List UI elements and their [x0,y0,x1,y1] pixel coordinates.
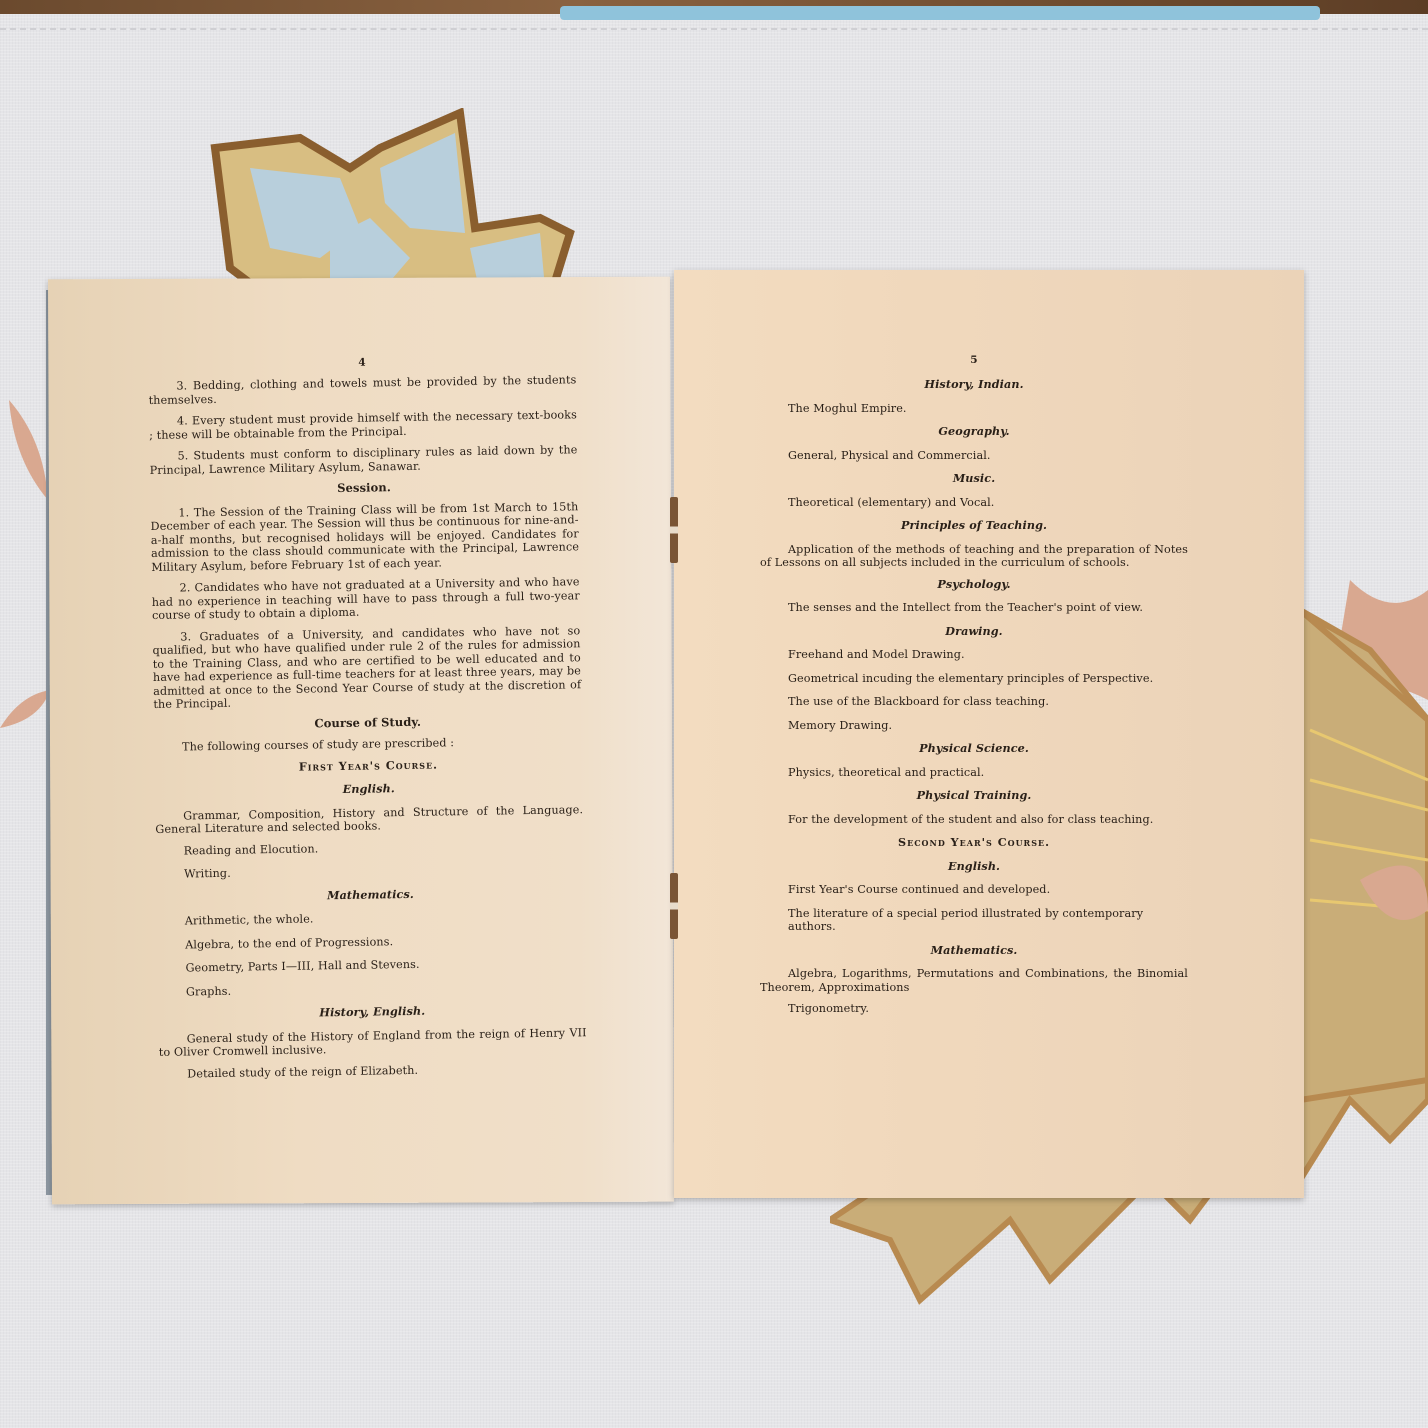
blue-cloth-trim [560,6,1320,20]
subject-item: The Moghul Empire. [760,402,1188,416]
subject-item: Writing. [156,861,584,881]
subject-item: Application of the methods of teaching a… [760,543,1188,570]
subject-heading: Mathematics. [156,885,584,905]
second-year-heading: Second Year's Course. [760,836,1188,850]
subject-item: Algebra, Logarithms, Permutations and Co… [760,967,1188,994]
rule-paragraph: 4. Every student must provide himself wi… [149,408,577,442]
subject-heading: Psychology. [760,578,1188,592]
subject-item: Reading and Elocution. [156,838,584,858]
right-page-text: 5 History, Indian. The Moghul Empire. Ge… [760,354,1188,1026]
subject-item: Arithmetic, the whole. [157,908,585,928]
page-number: 5 [760,354,1188,374]
staple-bottom [670,873,678,939]
embroidered-leaf-icon [0,690,50,730]
subject-heading: Physical Training. [760,789,1188,803]
subject-item: Detailed study of the reign of Elizabeth… [159,1061,587,1081]
cloth-hem-stitching [0,28,1428,30]
subject-item: For the development of the student and a… [760,813,1188,827]
subject-heading: Physical Science. [760,742,1188,756]
subject-item: General, Physical and Commercial. [760,449,1188,463]
subject-heading: Principles of Teaching. [760,519,1188,533]
subject-item: Physics, theoretical and practical. [760,766,1188,780]
subject-item: The literature of a special period illus… [760,907,1188,934]
subject-item: Freehand and Model Drawing. [760,648,1188,662]
subject-item: General study of the History of England … [159,1026,587,1060]
staple-top [670,497,678,563]
first-year-heading: First Year's Course. [154,756,582,776]
course-intro: The following courses of study are presc… [154,734,582,754]
embroidered-flower-top-icon [210,108,580,298]
rule-paragraph: 5. Students must conform to disciplinary… [149,443,577,477]
subject-item: Memory Drawing. [760,719,1188,733]
subject-item: Theoretical (elementary) and Vocal. [760,496,1188,510]
subject-item: Graphs. [158,979,586,999]
subject-item: Trigonometry. [760,1002,1188,1016]
rule-paragraph: 3. Bedding, clothing and towels must be … [148,373,576,407]
embroidered-leaf-icon [4,400,50,500]
subject-heading: Geography. [760,425,1188,439]
subject-item: Algebra, to the end of Progressions. [157,932,585,952]
subject-item: Grammar, Composition, History and Struct… [155,803,583,837]
section-heading-session: Session. [150,478,578,498]
subject-item: First Year's Course continued and develo… [760,883,1188,897]
subject-heading: Music. [760,472,1188,486]
subject-item: The senses and the Intellect from the Te… [760,601,1188,615]
subject-item: The use of the Blackboard for class teac… [760,695,1188,709]
subject-heading: Mathematics. [760,944,1188,958]
left-page-text: 4 3. Bedding, clothing and towels must b… [148,353,587,1091]
subject-heading: Drawing. [760,625,1188,639]
subject-heading: History, English. [158,1002,586,1022]
subject-heading: English. [760,860,1188,874]
subject-item: Geometry, Parts I—III, Hall and Stevens. [157,955,585,975]
subject-item: Geometrical incuding the elementary prin… [760,672,1188,686]
section-heading-course-of-study: Course of Study. [154,713,582,733]
session-paragraph: 2. Candidates who have not graduated at … [151,575,580,622]
session-paragraph: 1. The Session of the Training Class wil… [150,500,579,574]
subject-heading: History, Indian. [760,378,1188,392]
session-paragraph: 3. Graduates of a University, and candid… [152,624,581,712]
subject-heading: English. [155,779,583,799]
